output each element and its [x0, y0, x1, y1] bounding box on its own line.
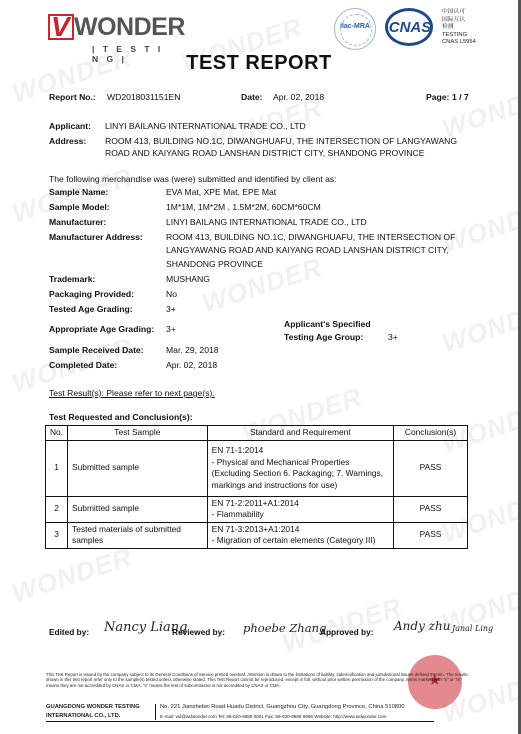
conclusions-heading: Test Requested and Conclusion(s):	[49, 411, 193, 423]
test-sample: Submitted sample	[68, 440, 208, 496]
cnas-accreditation-info: 中国认可 国际互认 检测 TESTING CNAS L5954	[442, 9, 476, 47]
ilac-label: ilac-MRA	[335, 23, 375, 30]
sample-model: 1M*1M, 1M*2M , 1.5M*2M, 60CM*60CM	[166, 202, 321, 212]
page-label: Page:	[426, 92, 449, 102]
standard-line: EN 71-1:2014	[212, 445, 389, 457]
row-number: 2	[46, 496, 68, 522]
footer-company-line: GUANGDONG WONDER TESTING	[46, 704, 140, 710]
column-header: No.	[46, 426, 68, 441]
footer-divider	[155, 704, 156, 720]
field-label: Packaging Provided:	[49, 289, 134, 299]
test-sample: Tested materials of submitted samples	[68, 522, 208, 548]
manufacturer: LINYI BAILANG INTERNATIONAL TRADE CO., L…	[166, 217, 367, 227]
applicant-name: LINYI BAILANG INTERNATIONAL TRADE CO., L…	[105, 120, 306, 132]
column-header: Conclusion(s)	[394, 426, 468, 441]
table-row: 3 Tested materials of submitted samples …	[46, 522, 468, 548]
field-label: Trademark:	[49, 274, 95, 284]
table-row: 2 Submitted sample EN 71-2:2011+A1:2014 …	[46, 496, 468, 522]
approved-by-signature-2: Janal Ling	[452, 624, 493, 633]
column-header: Standard and Requirement	[207, 426, 393, 441]
standard-line: EN 71-2:2011+A1:2014	[212, 498, 389, 510]
cnas-info-line: TESTING	[442, 32, 476, 40]
reviewed-by-signature: phoebe Zhang	[243, 621, 326, 635]
conclusion: PASS	[394, 496, 468, 522]
approved-by-label: Approved by:	[320, 627, 373, 637]
field-label: Tested Age Grading:	[49, 304, 133, 314]
conclusion: PASS	[394, 440, 468, 496]
field-label: Appropriate Age Grading:	[49, 324, 154, 334]
cnas-info-line: 检测	[442, 24, 476, 32]
wonder-testing-logo: V WONDER | T E S T I N G |	[48, 14, 166, 54]
field-label: Manufacturer:	[49, 217, 106, 227]
footer-contact: E-mail: wd@wdwonder.com Tel: 86-020-8689…	[160, 714, 386, 719]
edited-by-label: Edited by:	[49, 627, 89, 637]
manufacturer-address-line: LANGYAWANG ROAD AND KAIYANG ROAD LANSHAN…	[166, 245, 449, 255]
field-label: Sample Received Date:	[49, 345, 144, 355]
footer-rule	[46, 721, 434, 722]
test-result-note: Test Result(s): Please refer to next pag…	[49, 387, 215, 399]
specified-age-label: Testing Age Group:	[284, 331, 363, 343]
reviewed-by-label: Reviewed by:	[172, 627, 225, 637]
ilac-mra-logo: ilac-MRA	[334, 8, 376, 50]
standard-line: EN 71-3:2013+A1:2014	[212, 524, 389, 536]
sample-name: EVA Mat, XPE Mat, EPE Mat	[166, 187, 276, 197]
address-label: Address:	[49, 135, 86, 147]
specified-age-value: 3+	[388, 331, 398, 343]
page-title: TEST REPORT	[0, 52, 518, 75]
address-line: ROAD AND KAIYANG ROAD LANSHAN DISTRICT C…	[105, 147, 424, 159]
address-line: ROOM 413, BUILDING NO.1C, DIWANGHUAFU, T…	[105, 135, 457, 147]
standard-line: - Migration of certain elements (Categor…	[212, 535, 389, 547]
cnas-logo: CNAS	[385, 8, 433, 46]
standard-line: markings and instructions for use)	[212, 480, 389, 492]
column-header: Test Sample	[68, 426, 208, 441]
report-number-label: Report No.:	[49, 92, 96, 102]
logo-brand: WONDER	[74, 12, 185, 42]
manufacturer-address-line: SHANDONG PROVINCE	[166, 259, 263, 269]
row-number: 3	[46, 522, 68, 548]
logo-mark-letter: V	[51, 12, 70, 42]
manufacturer-address-line: ROOM 413, BUILDING NO.1C, DIWANGHUAFU, T…	[166, 232, 455, 242]
completed-date: Apr. 02, 2018	[166, 360, 217, 370]
logo-mark: V	[48, 14, 74, 40]
conclusions-table: No. Test Sample Standard and Requirement…	[45, 425, 468, 549]
footer-company-line: INTERNATIONAL CO., LTD.	[46, 713, 120, 719]
page-number: 1 / 7	[452, 92, 469, 102]
standard-line: (Excluding Section 6. Packaging; 7. Warn…	[212, 468, 389, 480]
field-label: Sample Name:	[49, 187, 108, 197]
standard-line: - Physical and Mechanical Properties	[212, 457, 389, 469]
standard-requirement: EN 71-2:2011+A1:2014 - Flammability	[207, 496, 393, 522]
standard-requirement: EN 71-1:2014 - Physical and Mechanical P…	[207, 440, 393, 496]
report-page: WONDER WONDER WONDER WONDER WONDER WONDE…	[0, 0, 518, 734]
footer-address: No. 221 Jianshebei Road Huadu District, …	[160, 704, 404, 710]
footer-disclaimer: This Test Report is issued by the compan…	[46, 672, 476, 688]
packaging-provided: No	[166, 289, 177, 299]
watermark: WONDER	[438, 192, 518, 260]
report-number: WD2018031151EN	[107, 92, 180, 102]
cnas-info-line: CNAS L5954	[442, 39, 476, 47]
trademark: MUSHANG	[166, 274, 210, 284]
cnas-label: CNAS	[385, 20, 433, 36]
approved-by-signature: Andy zhu	[394, 619, 450, 633]
field-label: Sample Model:	[49, 202, 110, 212]
table-row: 1 Submitted sample EN 71-1:2014 - Physic…	[46, 440, 468, 496]
report-date: Apr. 02, 2018	[273, 92, 324, 102]
test-sample: Submitted sample	[68, 496, 208, 522]
applicant-label: Applicant:	[49, 120, 91, 132]
report-date-label: Date:	[241, 92, 263, 102]
cnas-info-line: 中国认可	[442, 9, 476, 17]
specified-age-label: Applicant's Specified	[284, 318, 371, 330]
field-label: Completed Date:	[49, 360, 117, 370]
field-label: Manufacturer Address:	[49, 232, 143, 242]
watermark: WONDER	[438, 292, 518, 360]
row-number: 1	[46, 440, 68, 496]
standard-line: - Flammability	[212, 509, 389, 521]
tested-age-grading: 3+	[166, 304, 176, 314]
appropriate-age-grading: 3+	[166, 324, 176, 334]
standard-requirement: EN 71-3:2013+A1:2014 - Migration of cert…	[207, 522, 393, 548]
table-header-row: No. Test Sample Standard and Requirement…	[46, 426, 468, 441]
watermark: WONDER	[8, 542, 136, 610]
conclusion: PASS	[394, 522, 468, 548]
sample-received-date: Mar. 29, 2018	[166, 345, 219, 355]
merchandise-intro: The following merchandise was (were) sub…	[49, 173, 337, 185]
